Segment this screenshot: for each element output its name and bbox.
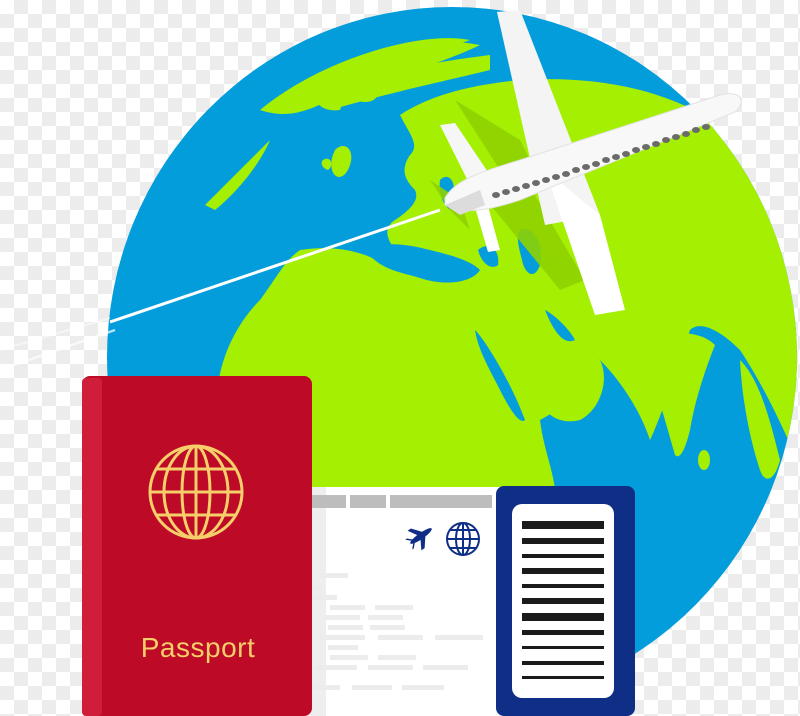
travel-illustration (0, 0, 800, 716)
boarding-pass (306, 486, 635, 716)
globe-icon (447, 523, 479, 555)
passport-label: Passport (84, 632, 312, 664)
globe-icon (150, 446, 242, 538)
passport (82, 376, 312, 716)
